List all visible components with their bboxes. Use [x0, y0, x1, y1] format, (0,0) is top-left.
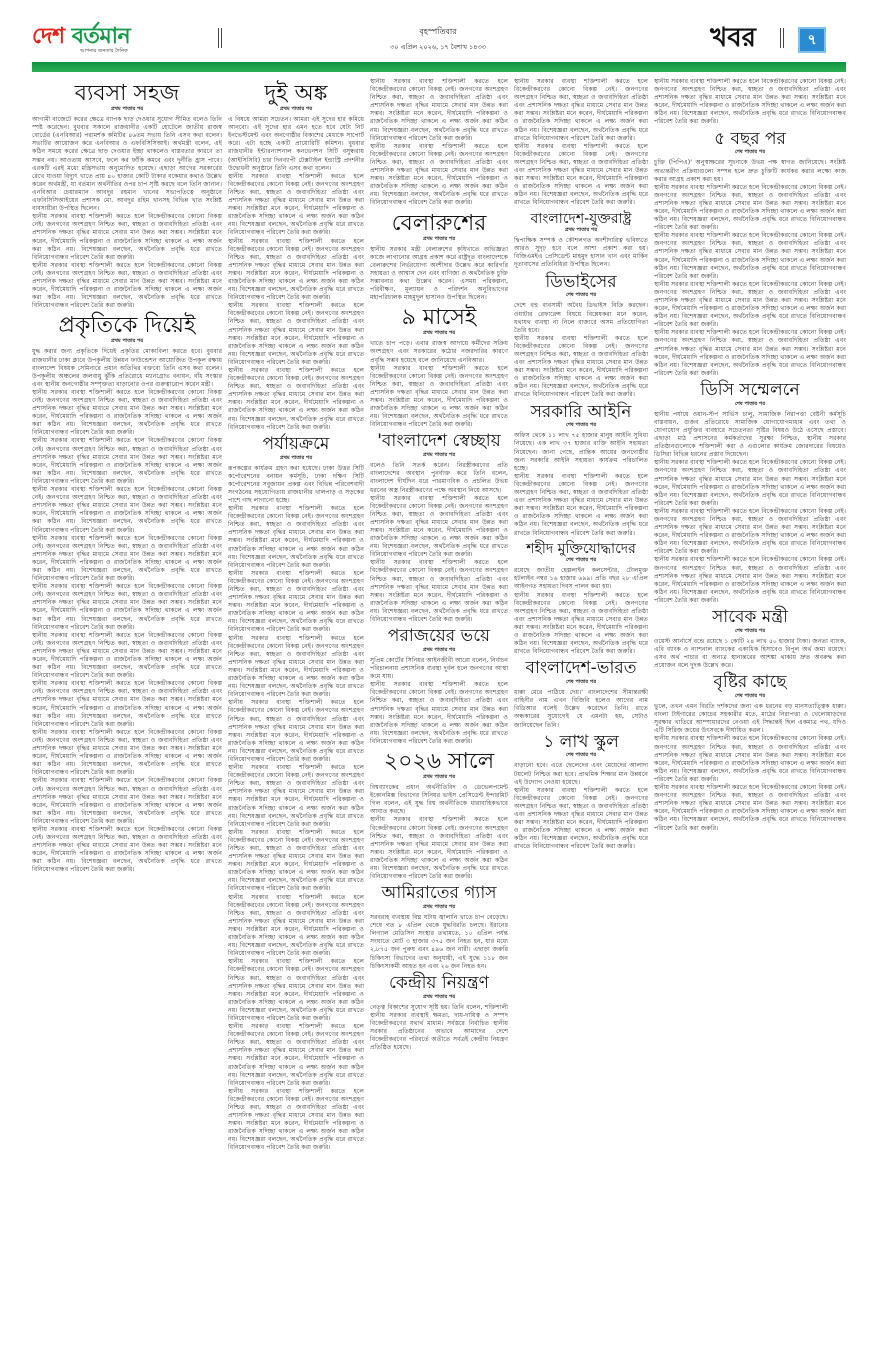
article-kicker: প্রথম পাতার পর [370, 994, 508, 1002]
article-body: স্থানীয় সরকার ব্যবস্থা শক্তিশালী করতে হ… [654, 784, 846, 833]
article-headline[interactable]: দুই অঙ্ক [228, 82, 364, 105]
divider [218, 28, 222, 48]
article: 'বাংলাদেশ স্বেচ্ছায় প্রথম পাতার পর বলেও… [370, 433, 508, 624]
article-body: স্থানীয় সরকার ব্যবস্থা শক্তিশালী করতে হ… [514, 143, 648, 208]
article-body: স্থানীয় সরকার ব্যবস্থা শক্তিশালী করতে হ… [32, 262, 222, 311]
article-body: দেশে বহু ব্যবসায়ী অবৈধ ডিভাইস বিক্রি কর… [514, 302, 648, 334]
article-body: স্থানীয় সরকার ব্যবস্থা শক্তিশালী করতে হ… [654, 735, 846, 784]
article-body: স্থানীয় সরকার ব্যবস্থা শক্তিশালী করতে হ… [228, 570, 364, 635]
article-body: স্থানীয় সরকার ব্যবস্থা শক্তিশালী করতে হ… [654, 459, 846, 508]
article-kicker: শেষ পাতার পর [514, 422, 648, 430]
article: আমিরাতের গ্যাস প্রথম পাতার পর সরবরাহ ব্য… [370, 885, 508, 971]
article-body: স্থানীয় সরকার ব্যবস্থা শক্তিশালী করতে হ… [228, 699, 364, 764]
article-body: স্থানীয় সরকার ব্যবস্থা শক্তিশালী করতে হ… [32, 535, 222, 584]
article-kicker: শেষ পাতার পর [654, 628, 846, 636]
newspaper-logo[interactable]: দেশ বর্তমান [32, 26, 130, 48]
article-body: স্থানীয় সরকার ব্যবস্থা শক্তিশালী করতে হ… [32, 389, 222, 438]
article-body: বলেও তিনি সতর্ক করেন। নিরস্ত্রীকরণের প্র… [370, 462, 508, 494]
column-2: দুই অঙ্ক প্রথম পাতার পর এ বিষয়ে আমরা সচ… [228, 78, 364, 1340]
article-columns: ব্যবসা সহজ প্রথম পাতার পর আগামী বাজেটে ক… [32, 78, 846, 1340]
article-body: স্থানীয় সরকার ব্যবস্থা শক্তিশালী করতে হ… [654, 556, 846, 605]
article-kicker: শেষ পাতার পর [654, 149, 846, 157]
article-body: চুক্তি (পিপিএ)' অনুস্বাক্ষরের সূচনাকে উভ… [654, 159, 846, 183]
article: ডিসি সম্মেলনে শেষ পাতার পর স্থানীয় পর্য… [654, 382, 846, 605]
article: কেন্দ্রীয় নিয়ন্ত্রণ প্রথম পাতার পর নেত… [370, 975, 508, 1052]
section-title: খবর [710, 24, 756, 52]
article-headline[interactable]: ডিভাইসের [514, 274, 648, 292]
article-body: স্থানীয় সরকার ব্যবস্থা শক্তিশালী করতে হ… [654, 329, 846, 378]
article-body: অফিস থেকে ১১ লাখ ৭৫ হাজার মানুষ আইনি সুব… [514, 432, 648, 472]
article: শহীদ মুক্তিযোদ্ধাদের শেষ পাতার পর রয়েছে… [514, 542, 648, 657]
article: ১ লাখ স্কুল শেষ পাতার পর বাড়ানো হবে। এত… [514, 734, 648, 852]
article-headline[interactable]: 'বাংলাদেশ স্বেচ্ছায় [370, 433, 508, 451]
article-body: স্থানীয় সরকার ব্যবস্থা শক্তিশালী করতে হ… [32, 826, 222, 875]
article: পর্যায়ক্রমে প্রথম পাতার পর রূপকল্পের কা… [228, 436, 364, 1153]
article-body: স্থানীয় সরকার ব্যবস্থা শক্তিশালী করতে হ… [370, 365, 508, 430]
article-body: বিশ্বব্যাংকের প্রধান অর্থনীতিবিদ ও ডেভেল… [370, 784, 508, 816]
article-body: স্থানীয় সরকার ব্যবস্থা শক্তিশালী করতে হ… [654, 281, 846, 330]
article-body: স্থানীয় সরকার ব্যবস্থা শক্তিশালী করতে হ… [370, 78, 508, 143]
logo-part-2: বর্তমান [72, 24, 130, 49]
article-headline[interactable]: সরকারি আইনি [514, 404, 648, 422]
article-kicker: শেষ পাতার পর [514, 679, 648, 687]
article-headline[interactable]: ৫ বছর পর [654, 131, 846, 149]
article-kicker: প্রথম পাতার পর [370, 774, 508, 782]
article: সাবেক মন্ত্রী শেষ পাতার পর ওয়েস্ট আর্না… [654, 609, 846, 670]
article-body: স্থানীয় সরকার ব্যবস্থা শক্তিশালী করতে হ… [32, 213, 222, 262]
article-body: স্থানীয় সরকার ব্যবস্থা শক্তিশালী করতে হ… [514, 592, 648, 657]
article: ব্যবসা সহজ প্রথম পাতার পর আগামী বাজেটে ক… [32, 82, 222, 310]
article-body: রয়েছে জাতীয় হেল্পলাইন কলসেন্টার, টোলমু… [514, 567, 648, 591]
article-body: স্থানীয় সরকার ব্যবস্থা শক্তিশালী করতে হ… [32, 583, 222, 632]
article: ২০২৬ সালে প্রথম পাতার পর বিশ্বব্যাংকের প… [370, 750, 508, 881]
article-body: স্থানীয় সরকার ব্যবস্থা শক্তিশালী করতে হ… [228, 367, 364, 432]
logo-part-1: দেশ [32, 24, 65, 49]
article-body: ভুলে, তখন এমন বিরতি দর্শকদের জন্য এক ধরন… [654, 703, 846, 735]
article-kicker: প্রথম পাতার পর [370, 236, 508, 244]
divider [780, 28, 784, 48]
article-body: স্থানীয় সরকার ব্যবস্থা শক্তিশালী করতে হ… [228, 302, 364, 367]
article-body: স্থানীয় সরকার ব্যবস্থা শক্তিশালী করতে হ… [514, 335, 648, 400]
article: সরকারি আইনি শেষ পাতার পর অফিস থেকে ১১ লা… [514, 404, 648, 538]
tagline: আপনার জনতার দৈনিক [80, 48, 128, 56]
article-kicker: প্রথম পাতার পর [228, 106, 364, 114]
article-body: সরবরাহ ব্যবস্থায় বিঘ্ন ঘটায় জ্বালানি খ… [370, 914, 508, 971]
article-headline[interactable]: ৯ মাসেই [370, 306, 508, 329]
column-4: স্থানীয় সরকার ব্যবস্থা শক্তিশালী করতে হ… [514, 78, 648, 1340]
article-body: স্থানীয় পর্যায়ে ওয়ান-স্টপ সার্ভিস চাল… [654, 411, 846, 460]
masthead: দেশ বর্তমান আপনার জনতার দৈনিক বৃহস্পতিবা… [18, 22, 856, 56]
article-body: স্থানীয় সরকার ব্যবস্থা শক্তিশালী করতে হ… [370, 495, 508, 560]
article-body: স্থানীয় সরকার ব্যবস্থা শক্তিশালী করতে হ… [654, 232, 846, 281]
article: দুই অঙ্ক প্রথম পাতার পর এ বিষয়ে আমরা সচ… [228, 82, 364, 432]
article-body: খাতে চাপ পড়ে। এবার রাজস্ব আদায়ে কর্মীদ… [370, 340, 508, 364]
article-kicker: প্রথম পাতার পর [370, 904, 508, 912]
article-kicker: প্রথম পাতার পর [32, 106, 222, 114]
article-body: স্থানীয় সরকার ব্যবস্থা শক্তিশালী করতে হ… [654, 78, 846, 127]
article-body: স্থানীয় সরকার ব্যবস্থা শক্তিশালী করতে হ… [32, 729, 222, 778]
article-body: স্থানীয় সরকার ব্যবস্থা শক্তিশালী করতে হ… [514, 78, 648, 143]
article-body: স্থানীয় সরকার ব্যবস্থা শক্তিশালী করতে হ… [370, 559, 508, 624]
article-kicker: প্রথম পাতার পর [370, 452, 508, 460]
article: ৯ মাসেই প্রথম পাতার পর খাতে চাপ পড়ে। এব… [370, 306, 508, 429]
article-headline[interactable]: বাংলাদেশ-যুক্তরাষ্ট্র [514, 212, 648, 227]
article-body: স্থানীয় সরকার ব্যবস্থা শক্তিশালী করতে হ… [228, 238, 364, 303]
article-body: স্থানীয় সরকার ব্যবস্থা শক্তিশালী করতে হ… [228, 173, 364, 238]
article-body: বাড়ানো হবে। এতে ছেলেদের এবং মেয়েদের আল… [514, 762, 648, 786]
article-body: স্থানীয় সরকার ব্যবস্থা শক্তিশালী করতে হ… [228, 764, 364, 829]
column-1: ব্যবসা সহজ প্রথম পাতার পর আগামী বাজেটে ক… [32, 78, 222, 1340]
article-kicker: শেষ পাতার পর [654, 401, 846, 409]
article-kicker: শেষ পাতার পর [654, 693, 846, 701]
article-body: দ্বিপাক্ষিক সম্পর্ক ও কৌশলগত অংশীদারিত্ব… [514, 237, 648, 269]
column-3: স্থানীয় সরকার ব্যবস্থা শক্তিশালী করতে হ… [370, 78, 508, 1340]
article-body: স্থানীয় সরকার ব্যবস্থা শক্তিশালী করতে হ… [228, 829, 364, 894]
article-kicker: শেষ পাতার পর [514, 557, 648, 565]
article-headline[interactable]: পরাজয়ের ভয়ে [370, 628, 508, 646]
article: বেলারুশের প্রথম পাতার পর স্থানীয় সরকার … [370, 212, 508, 303]
article-body: স্থানীয় সরকার ব্যবস্থা শক্তিশালী করতে হ… [228, 894, 364, 959]
article-headline[interactable]: বাংলাদেশ-ভারত [514, 660, 648, 678]
article: ৫ বছর পর শেষ পাতার পর চুক্তি (পিপিএ)' অন… [654, 131, 846, 378]
article-kicker: প্রথম পাতার পর [370, 647, 508, 655]
date-block: বৃহস্পতিবার ৩০ এপ্রিল ২০২৬, ১৭ বৈশাখ ১৪৩… [348, 26, 528, 53]
article-body: স্থানীয় সরকার ব্যবস্থা শক্তিশালী করতে হ… [32, 437, 222, 486]
article-body: স্থানীয় সরকার ব্যবস্থা শক্তিশালী করতে হ… [32, 632, 222, 681]
article-body: স্থানীয় সরকার ব্যবস্থা শক্তিশালী করতে হ… [32, 486, 222, 535]
article-headline[interactable]: ২০২৬ সালে [370, 750, 508, 773]
article-headline[interactable]: শহীদ মুক্তিযোদ্ধাদের [514, 542, 648, 557]
column-5: স্থানীয় সরকার ব্যবস্থা শক্তিশালী করতে হ… [654, 78, 846, 1340]
article-headline[interactable]: ১ লাখ স্কুল [514, 734, 648, 752]
article-kicker: প্রথম পাতার পর [514, 227, 648, 235]
day-label: বৃহস্পতিবার [348, 26, 528, 39]
article-kicker: শেষ পাতার পর [514, 292, 648, 300]
article-body: স্থানীয় সরকার ব্যবস্থা শক্তিশালী করতে হ… [370, 816, 508, 881]
article-body: স্থানীয় সরকার ব্যবস্থা শক্তিশালী করতে হ… [228, 958, 364, 1023]
article: বাংলাদেশ-যুক্তরাষ্ট্র প্রথম পাতার পর দ্ব… [514, 212, 648, 270]
article-headline[interactable]: ডিসি সম্মেলনে [654, 382, 846, 400]
article-body: নেতৃত্ব বিকাশের সুযোগ সৃষ্টি হয়। তিনি ব… [370, 1004, 508, 1053]
article-body: স্থানীয় সরকার ব্যবস্থা শক্তিশালী করতে হ… [32, 680, 222, 729]
article-kicker: প্রথম পাতার পর [228, 455, 364, 463]
article: বৃষ্টির কাছে শেষ পাতার পর ভুলে, তখন এমন … [654, 674, 846, 832]
article-headline[interactable]: বৃষ্টির কাছে [654, 674, 846, 692]
article-body: সুপ্রিম কোর্টের সিনিয়র আইনজীবী আরো বলেন… [370, 657, 508, 681]
article-body: স্থানীয় সরকার ব্যবস্থা শক্তিশালী করতে হ… [514, 473, 648, 538]
article: ডিভাইসের শেষ পাতার পর দেশে বহু ব্যবসায়ী… [514, 274, 648, 400]
article-body: এ বিষয়ে আমরা সচেতন। আমরা এই সুদের হার ক… [228, 116, 364, 173]
article: পরাজয়ের ভয়ে প্রথম পাতার পর সুপ্রিম কোর… [370, 628, 508, 746]
article-headline[interactable]: আমিরাতের গ্যাস [370, 885, 508, 903]
article-body: স্থানীয় সরকার ব্যবস্থা শক্তিশালী করতে হ… [514, 787, 648, 852]
article: প্রকৃতিকে দিয়েই প্রথম পাতার পর যুদ্ধ কর… [32, 314, 222, 874]
article-body: স্থানীয় সরকার ব্যবস্থা শক্তিশালী করতে হ… [228, 1088, 364, 1153]
article-headline[interactable]: পর্যায়ক্রমে [228, 436, 364, 454]
article-body: স্থানীয় সরকার ব্যবস্থা শক্তিশালী করতে হ… [654, 508, 846, 557]
article-kicker: শেষ পাতার পর [514, 752, 648, 760]
article-body: স্থানীয় সরকার ব্যবস্থা শক্তিশালী করতে হ… [228, 505, 364, 570]
article-headline[interactable]: বেলারুশের [370, 212, 508, 235]
article-headline[interactable]: প্রকৃতিকে দিয়েই [32, 314, 222, 337]
article-headline[interactable]: সাবেক মন্ত্রী [654, 609, 846, 627]
article-headline[interactable]: কেন্দ্রীয় নিয়ন্ত্রণ [370, 975, 508, 993]
article-body: ওয়েস্ট আর্নার্সে বন্ডে রয়েছে ১ কোটি ২৪… [654, 638, 846, 670]
article-body: স্থানীয় সরকার ব্যবস্থা শক্তিশালী করতে হ… [228, 1023, 364, 1088]
article-body: আগামী বাজেটে করের ক্ষেত্রে ব্যাপক ছাড় দ… [32, 116, 222, 213]
article-headline[interactable]: ব্যবসা সহজ [32, 82, 222, 105]
article-kicker: প্রথম পাতার পর [370, 330, 508, 338]
green-header-bar [32, 62, 846, 72]
newspaper-page: দেশ বর্তমান আপনার জনতার দৈনিক বৃহস্পতিবা… [18, 22, 856, 1340]
article-body: রূপকল্পের কার্যক্রম গ্রহণ করা হয়েছে। ঢা… [228, 465, 364, 505]
article-body: স্থানীয় সরকার ব্যবস্থা শক্তিশালী করতে হ… [370, 681, 508, 746]
article-body: স্থানীয় সরকার ব্যবস্থা শক্তিশালী করতে হ… [228, 635, 364, 700]
article-body: স্থানীয় সরকার ব্যবস্থা শক্তিশালী করতে হ… [32, 777, 222, 826]
article-body: স্থানীয় সরকার মন্ত্রী বেলারুশের কৃষিখাত… [370, 246, 508, 303]
article: বাংলাদেশ-ভারত শেষ পাতার পর ধাক্কা মেরে প… [514, 660, 648, 729]
article-body: স্থানীয় সরকার ব্যবস্থা শক্তিশালী করতে হ… [654, 184, 846, 233]
article-body: ধাক্কা মেরে পাঠিয়ে দেয়।' বাংলাদেশের সী… [514, 689, 648, 729]
article-kicker: প্রথম পাতার পর [32, 338, 222, 346]
date-label: ৩০ এপ্রিল ২০২৬, ১৭ বৈশাখ ১৪৩৩ [348, 42, 528, 53]
page-number-badge: ৭ [798, 27, 826, 53]
article-body: যুদ্ধ করার জন্য প্রকৃতিকে দিয়েই প্রকৃতি… [32, 348, 222, 388]
article-body: স্থানীয় সরকার ব্যবস্থা শক্তিশালী করতে হ… [370, 143, 508, 208]
